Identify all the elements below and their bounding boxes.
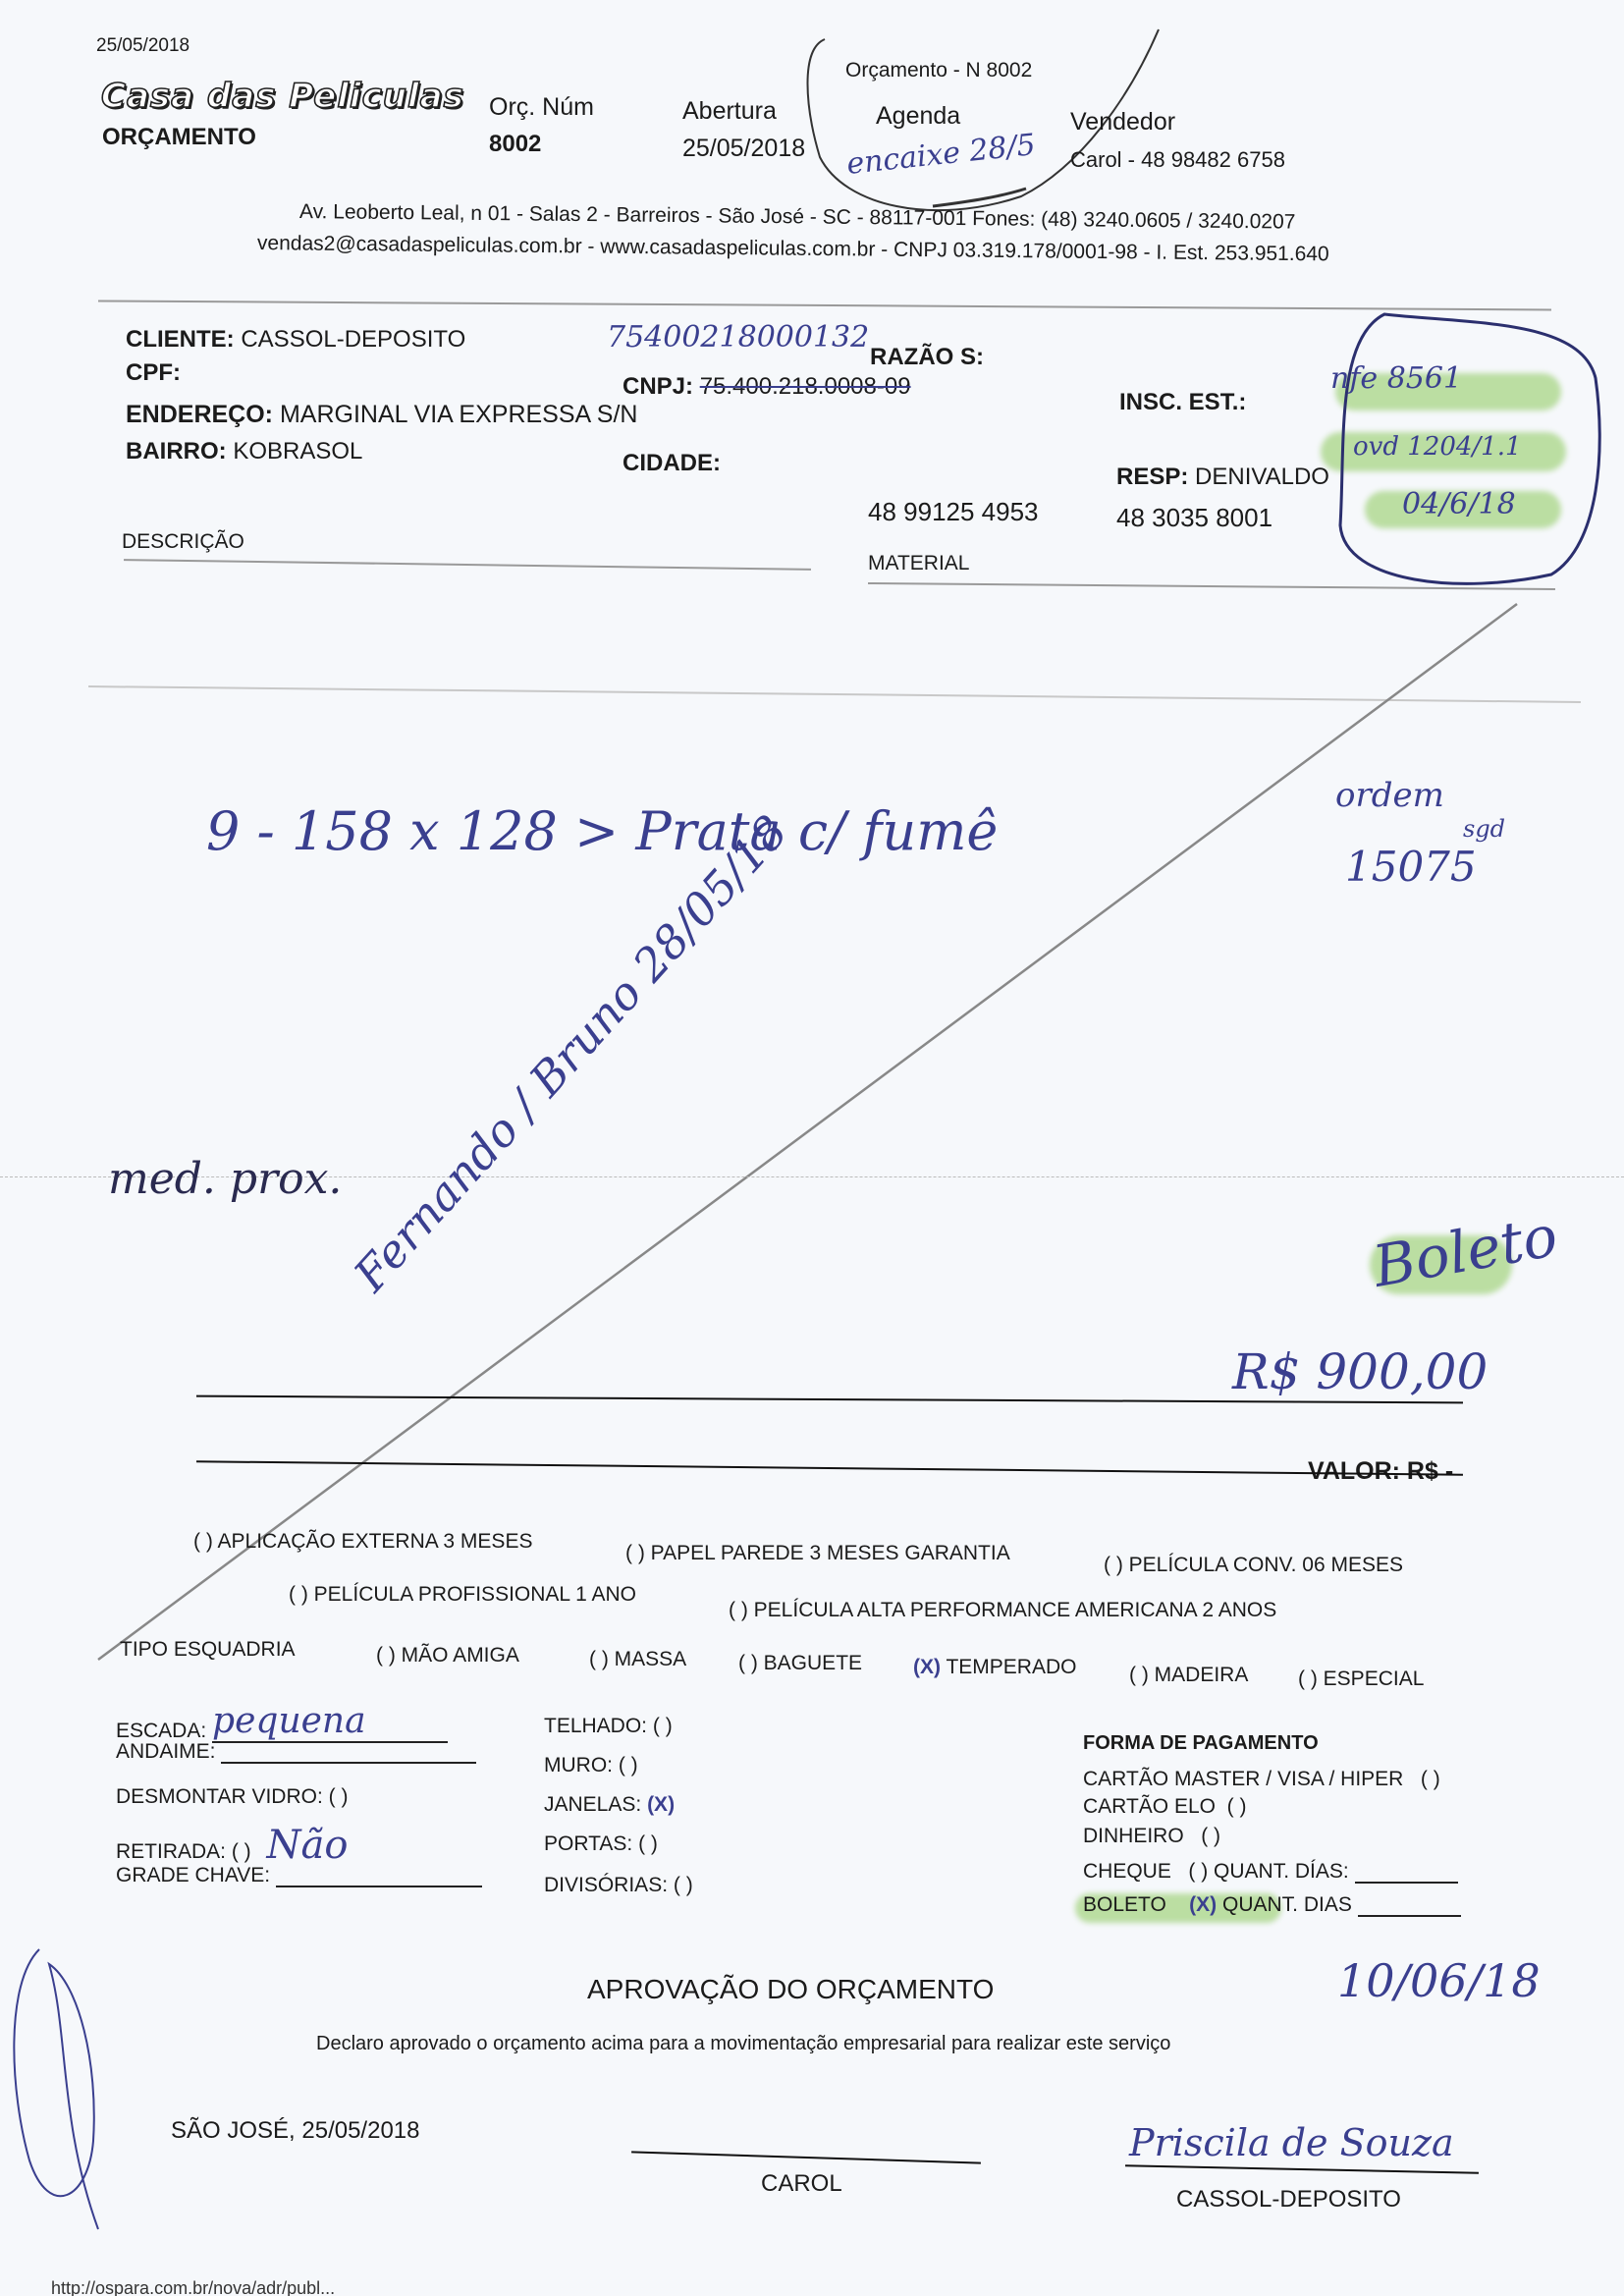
total-line (196, 1460, 1463, 1476)
cliente-field: CLIENTE: CASSOL-DEPOSITO (126, 326, 465, 354)
divisorias-field[interactable]: DIVISÓRIAS: ( ) (544, 1874, 693, 1897)
approval-date-handwritten: 10/06/18 (1337, 1954, 1541, 2007)
signature-line-client[interactable] (1125, 2164, 1479, 2174)
muro-field[interactable]: MURO: ( ) (544, 1754, 638, 1777)
portas-field[interactable]: PORTAS: ( ) (544, 1832, 658, 1856)
resp-value: DENIVALDO (1195, 464, 1329, 490)
esquadria-option[interactable]: ( ) MASSA (589, 1648, 686, 1671)
approval-statement: Declaro aprovado o orçamento acima para … (316, 2033, 1170, 2055)
bairro-value: KOBRASOL (233, 438, 362, 465)
signature-line-seller (631, 2151, 981, 2163)
cpf-label: CPF: (126, 359, 181, 387)
footer-url: http://ospara.com.br/nova/adr/publ... (51, 2278, 335, 2296)
escada-field[interactable]: ESCADA: pequena (116, 1701, 448, 1743)
andaime-field[interactable]: ANDAIME: (116, 1740, 476, 1764)
technician-note: Fernando / Bruno 28/05/18 (344, 805, 797, 1301)
circled-note-ovd: ovd 1204/1.1 (1353, 432, 1522, 462)
resp-label: RESP: (1116, 464, 1188, 490)
client-signature-label: CASSOL-DEPOSITO (1176, 2186, 1401, 2214)
esquadria-label: TIPO ESQUADRIA (120, 1638, 296, 1662)
payment-option-checked[interactable]: BOLETO (X) QUANT. DIAS (1083, 1893, 1461, 1917)
material-label: MATERIAL (868, 552, 969, 575)
circled-note-nfe: nfe 8561 (1330, 361, 1462, 396)
insc-est-label: INSC. EST.: (1119, 389, 1246, 416)
endereco-field: ENDEREÇO: MARGINAL VIA EXPRESSA S/N (126, 401, 637, 429)
divider (88, 685, 1581, 703)
retirada-field[interactable]: RETIRADA: ( ) Não (116, 1823, 348, 1868)
agenda-label: Agenda (876, 102, 960, 131)
payment-option[interactable]: DINHEIRO ( ) (1083, 1825, 1220, 1848)
vendedor-label: Vendedor (1070, 108, 1175, 137)
esquadria-option[interactable]: ( ) ESPECIAL (1298, 1667, 1424, 1691)
stamp-title: Orçamento - N 8002 (845, 59, 1032, 82)
service-option[interactable]: ( ) PELÍCULA CONV. 06 MESES (1104, 1554, 1403, 1577)
abertura-label: Abertura (682, 97, 777, 126)
esquadria-option-checked[interactable]: (X) TEMPERADO (913, 1656, 1076, 1679)
doc-type-title: ORÇAMENTO (102, 124, 256, 151)
payment-option[interactable]: CARTÃO ELO ( ) (1083, 1795, 1246, 1819)
janelas-field-checked[interactable]: JANELAS: (X) (544, 1793, 675, 1817)
service-option[interactable]: ( ) PAPEL PAREDE 3 MESES GARANTIA (625, 1542, 1010, 1565)
client-signature-hand: Priscila de Souza (1129, 2121, 1454, 2164)
approval-title: APROVAÇÃO DO ORÇAMENTO (587, 1974, 994, 2005)
payment-option[interactable]: CARTÃO MASTER / VISA / HIPER ( ) (1083, 1768, 1440, 1791)
telhado-field[interactable]: TELHADO: ( ) (544, 1715, 673, 1738)
ordem-note-1: ordem (1335, 776, 1444, 815)
divider (124, 559, 811, 571)
orc-num-value: 8002 (489, 131, 541, 158)
handwritten-item-line: 9 - 158 x 128 > Prata c/ fumê (206, 800, 998, 862)
client-phone-1: 48 99125 4953 (868, 497, 1039, 527)
circled-note-date: 04/6/18 (1402, 487, 1516, 521)
company-logo: Casa das Peliculas (101, 77, 464, 116)
payment-option[interactable]: CHEQUE ( ) QUANT. DÍAS: (1083, 1860, 1458, 1884)
endereco-label: ENDEREÇO: (126, 401, 273, 428)
med-prox-note: med. prox. (108, 1154, 342, 1204)
amount-handwritten: R$ 900,00 (1232, 1343, 1488, 1400)
service-option[interactable]: ( ) PELÍCULA PROFISSIONAL 1 ANO (289, 1583, 636, 1607)
payment-title: FORMA DE PAGAMENTO (1083, 1732, 1319, 1755)
print-date: 25/05/2018 (96, 35, 189, 57)
vendedor-value: Carol - 48 98482 6758 (1070, 147, 1285, 173)
endereco-value: MARGINAL VIA EXPRESSA S/N (280, 401, 637, 428)
orc-num-label: Orç. Núm (489, 93, 594, 122)
cnpj-label: CNPJ: (623, 373, 693, 400)
margin-scribble (0, 1944, 118, 2239)
client-phone-2: 48 3035 8001 (1116, 503, 1272, 533)
grade-chave-field[interactable]: GRADE CHAVE: (116, 1864, 482, 1887)
ordem-note-2: sgd (1463, 815, 1505, 843)
resp-field: RESP: DENIVALDO (1116, 464, 1329, 491)
service-option[interactable]: ( ) PELÍCULA ALTA PERFORMANCE AMERICANA … (729, 1599, 1276, 1622)
cnpj-value: 75.400.218.0008-09 (700, 373, 911, 400)
bairro-field: BAIRRO: KOBRASOL (126, 438, 362, 465)
esquadria-option[interactable]: ( ) MÃO AMIGA (376, 1644, 519, 1667)
desmontar-field[interactable]: DESMONTAR VIDRO: ( ) (116, 1785, 348, 1809)
place-date: SÃO JOSÉ, 25/05/2018 (171, 2117, 420, 2145)
esquadria-option[interactable]: ( ) BAGUETE (738, 1652, 862, 1675)
company-contact: vendas2@casadaspeliculas.com.br - www.ca… (257, 232, 1329, 266)
seller-signature-label: CAROL (761, 2170, 842, 2198)
cliente-value: CASSOL-DEPOSITO (241, 326, 465, 353)
razao-label: RAZÃO S: (870, 344, 984, 371)
cliente-label: CLIENTE: (126, 326, 235, 353)
cnpj-handwritten: 75400218000132 (607, 320, 869, 355)
ordem-note-3: 15075 (1345, 843, 1477, 891)
cnpj-field: CNPJ: 75.400.218.0008-09 (623, 373, 911, 401)
esquadria-option[interactable]: ( ) MADEIRA (1129, 1664, 1248, 1687)
descricao-label: DESCRIÇÃO (122, 530, 244, 554)
bairro-label: BAIRRO: (126, 438, 227, 465)
service-option[interactable]: ( ) APLICAÇÃO EXTERNA 3 MESES (193, 1530, 532, 1554)
cidade-label: CIDADE: (623, 450, 721, 477)
